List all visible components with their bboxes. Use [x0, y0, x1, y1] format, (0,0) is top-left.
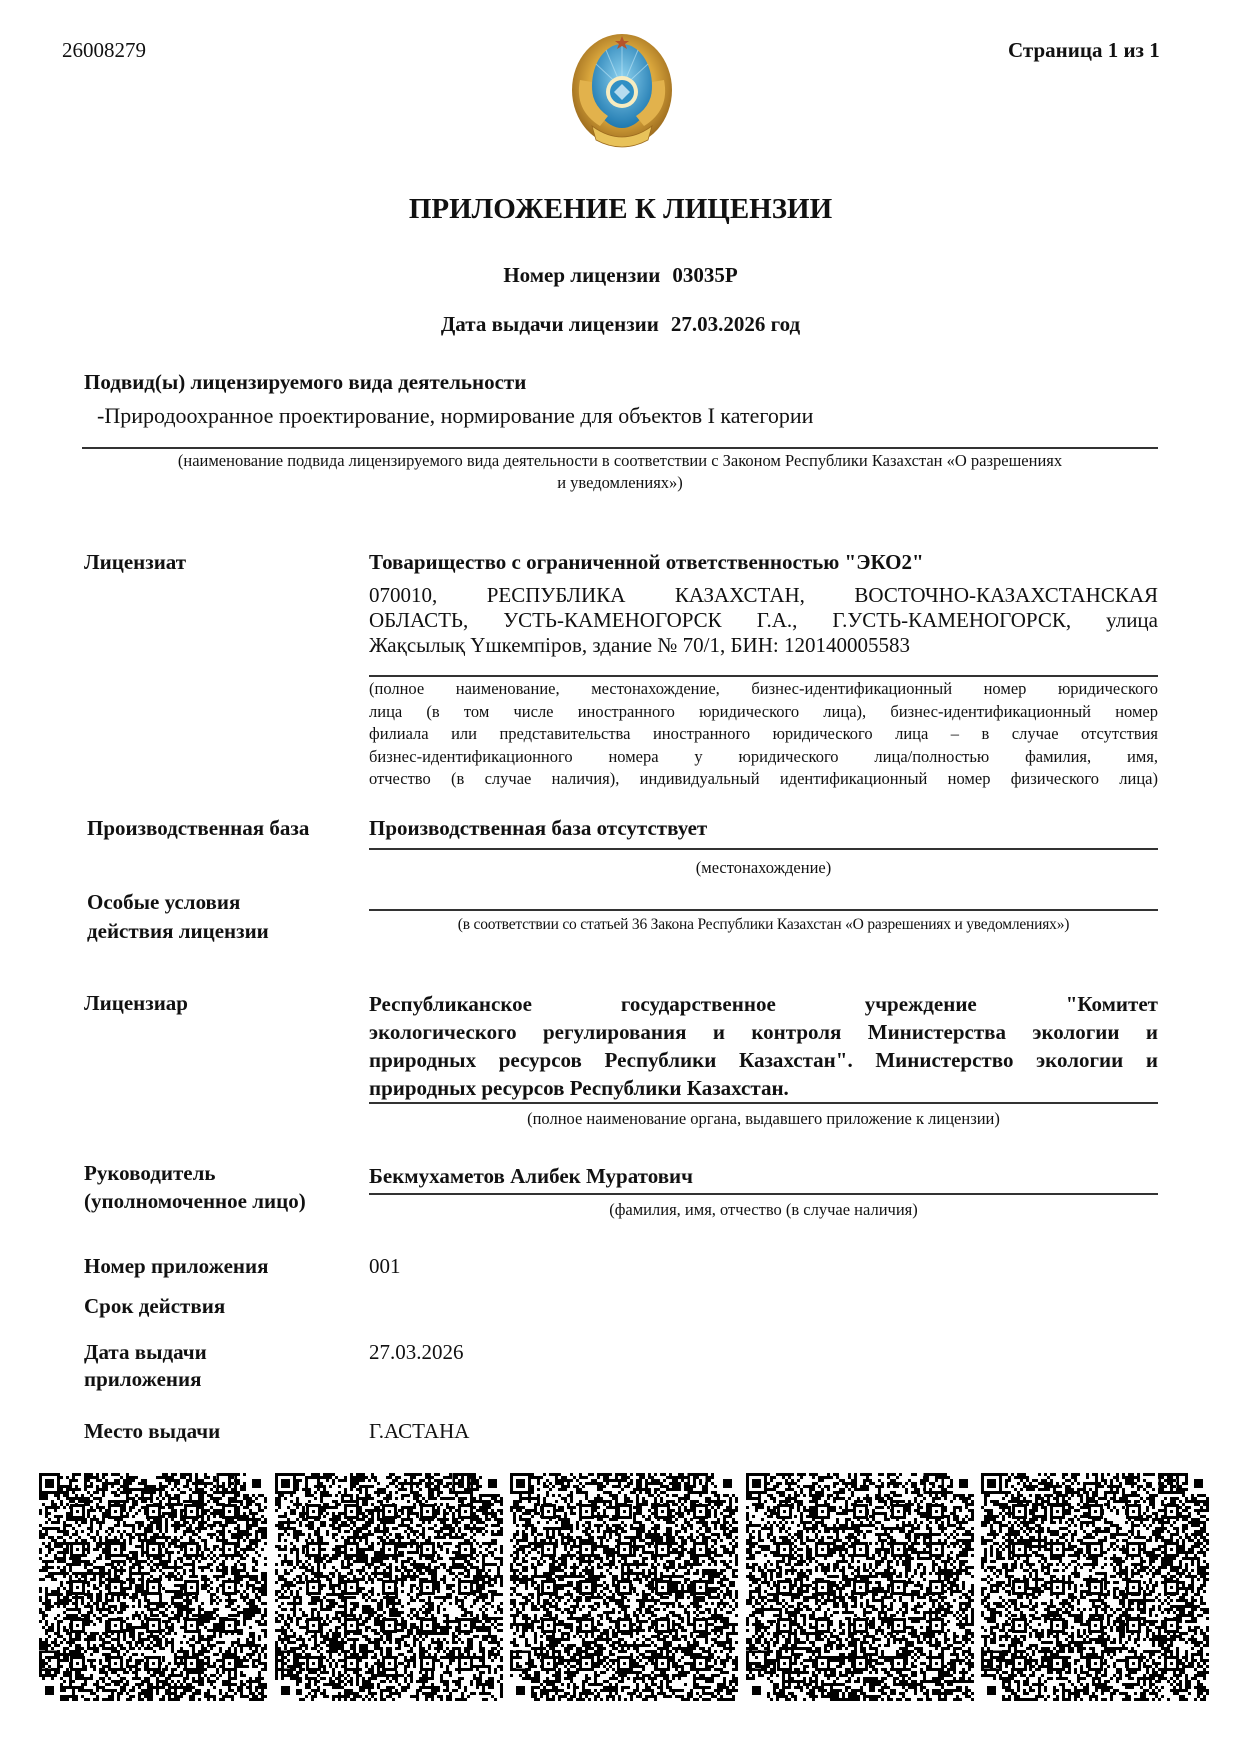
caption-line: (наименование подвида лицензируемого вид…	[82, 450, 1158, 472]
license-date-row: Дата выдачи лицензии27.03.2026 год	[0, 312, 1241, 337]
divider	[369, 675, 1158, 677]
appendix-date-value: 27.03.2026	[369, 1339, 1158, 1366]
appendix-date-label: Дата выдачи приложения	[84, 1339, 207, 1393]
label-line: Руководитель	[84, 1159, 306, 1187]
label-line: приложения	[84, 1366, 207, 1393]
licensor-caption: (полное наименование органа, выдавшего п…	[369, 1108, 1158, 1130]
state-emblem-icon	[570, 30, 674, 156]
license-date-label: Дата выдачи лицензии	[441, 312, 659, 336]
caption-line: лица (в том числе иностранного юридическ…	[369, 701, 1158, 724]
license-number-row: Номер лицензии03035Р	[0, 263, 1241, 288]
caption-line: филиала или представительства иностранно…	[369, 723, 1158, 746]
license-number-label: Номер лицензии	[503, 263, 660, 287]
place-label: Место выдачи	[84, 1418, 220, 1445]
divider	[369, 1193, 1158, 1195]
subtypes-heading: Подвид(ы) лицензируемого вида деятельнос…	[84, 370, 526, 395]
divider	[82, 447, 1158, 449]
caption-line: (полное наименование, местонахождение, б…	[369, 678, 1158, 701]
production-base-label: Производственная база	[87, 815, 309, 842]
licensee-label: Лицензиат	[84, 549, 186, 576]
subtype-item-text: Природоохранное проектирование, нормиров…	[104, 403, 813, 428]
production-base-caption: (местонахождение)	[369, 857, 1158, 879]
label-line: Особые условия	[87, 888, 269, 917]
special-conditions-label: Особые условия действия лицензии	[87, 888, 269, 946]
subtypes-caption: (наименование подвида лицензируемого вид…	[82, 450, 1158, 494]
qr-code-row	[39, 1473, 1209, 1701]
head-value: Бекмухаметов Алибек Муратович	[369, 1163, 1158, 1190]
qr-code-icon	[981, 1473, 1209, 1701]
licensor-value: Республиканское государственное учрежден…	[369, 990, 1158, 1102]
appendix-number-value: 001	[369, 1253, 1158, 1280]
label-line: действия лицензии	[87, 917, 269, 946]
special-conditions-caption: (в соответствии со статьей 36 Закона Рес…	[369, 914, 1158, 936]
license-date-value: 27.03.2026 год	[671, 312, 800, 336]
page-number: Страница 1 из 1	[1008, 38, 1160, 63]
licensor-line: Республиканское государственное учрежден…	[369, 990, 1158, 1018]
address-line: Жақсылық Үшкемпіров, здание № 70/1, БИН:…	[369, 633, 1158, 658]
qr-code-icon	[746, 1473, 974, 1701]
head-label: Руководитель (уполномоченное лицо)	[84, 1159, 306, 1215]
place-value: Г.АСТАНА	[369, 1418, 1158, 1445]
qr-code-icon	[510, 1473, 738, 1701]
licensor-line: экологического регулирования и контроля …	[369, 1018, 1158, 1046]
qr-code-icon	[275, 1473, 503, 1701]
divider	[369, 848, 1158, 850]
licensor-line: природных ресурсов Республики Казахстан"…	[369, 1046, 1158, 1074]
page-title: ПРИЛОЖЕНИЕ К ЛИЦЕНЗИИ	[0, 193, 1241, 226]
appendix-number-label: Номер приложения	[84, 1253, 268, 1280]
licensee-name: Товарищество с ограниченной ответственно…	[369, 549, 1158, 576]
address-line: 070010, РЕСПУБЛИКА КАЗАХСТАН, ВОСТОЧНО-К…	[369, 583, 1158, 608]
label-line: (уполномоченное лицо)	[84, 1187, 306, 1215]
production-base-value: Производственная база отсутствует	[369, 815, 1158, 842]
license-number-value: 03035Р	[672, 263, 737, 287]
caption-line: отчество (в случае наличия), индивидуаль…	[369, 768, 1158, 791]
document-id: 26008279	[62, 38, 146, 63]
subtype-item: -Природоохранное проектирование, нормиро…	[97, 403, 813, 429]
licensee-caption: (полное наименование, местонахождение, б…	[369, 678, 1158, 791]
validity-label: Срок действия	[84, 1293, 225, 1320]
label-line: Дата выдачи	[84, 1339, 207, 1366]
licensee-address: 070010, РЕСПУБЛИКА КАЗАХСТАН, ВОСТОЧНО-К…	[369, 583, 1158, 658]
divider	[369, 909, 1158, 911]
caption-line: бизнес-идентификационного номера у юриди…	[369, 746, 1158, 769]
divider	[369, 1102, 1158, 1104]
qr-code-icon	[39, 1473, 267, 1701]
caption-line: и уведомлениях»)	[82, 472, 1158, 494]
head-caption: (фамилия, имя, отчество (в случае наличи…	[369, 1199, 1158, 1221]
address-line: ОБЛАСТЬ, УСТЬ-КАМЕНОГОРСК Г.А., Г.УСТЬ-К…	[369, 608, 1158, 633]
licensor-line: природных ресурсов Республики Казахстан.	[369, 1074, 1158, 1102]
licensor-label: Лицензиар	[84, 990, 188, 1017]
